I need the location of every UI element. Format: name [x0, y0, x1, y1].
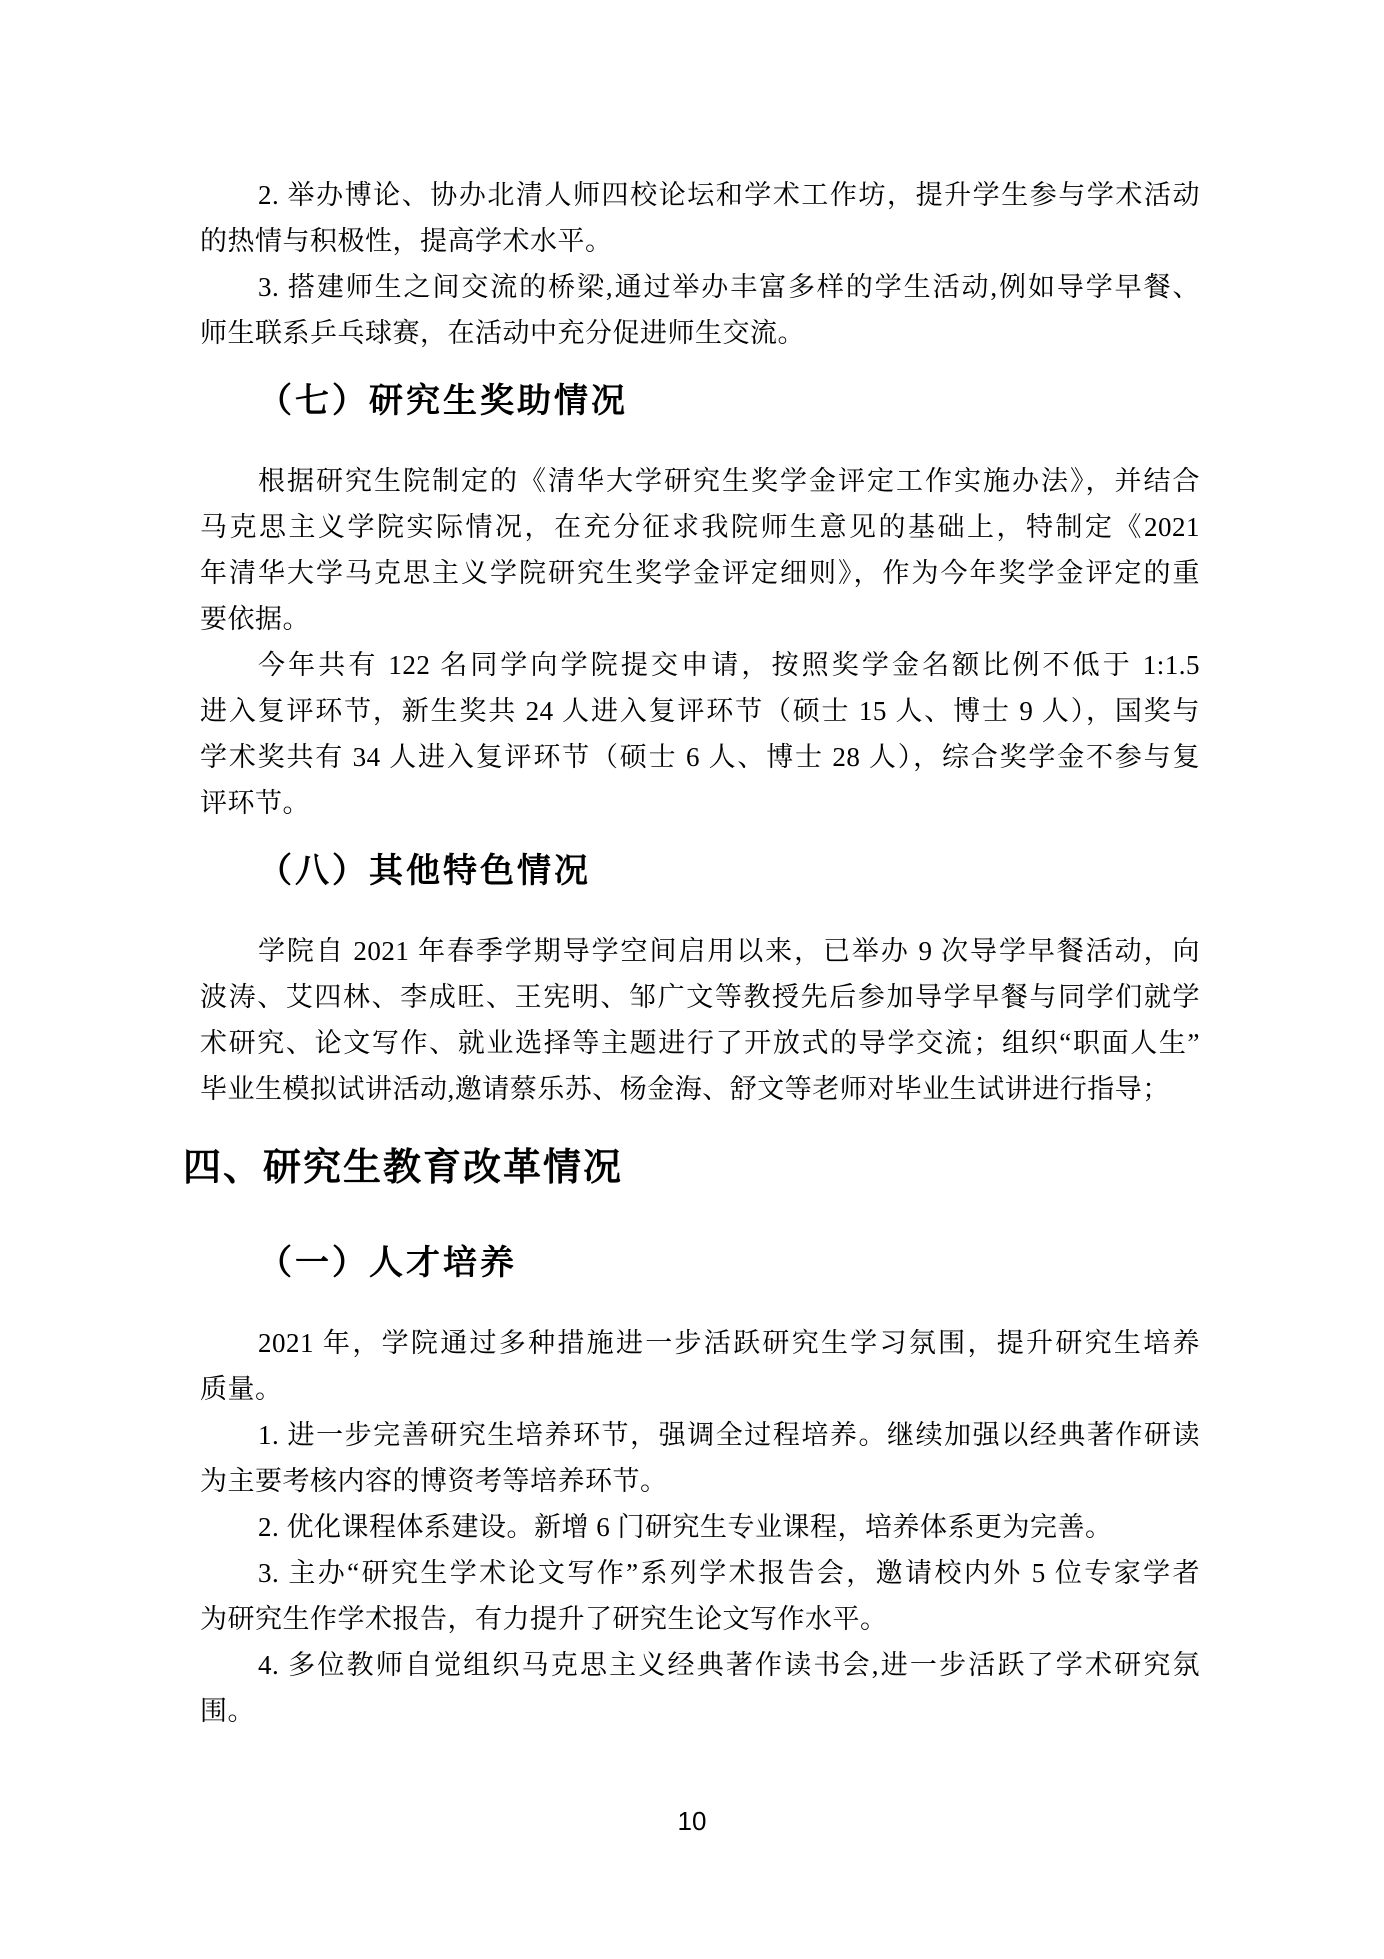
paragraph: 根据研究生院制定的《清华大学研究生奖学金评定工作实施办法》，并结合马克思主义学院… — [200, 458, 1200, 642]
text-line: 2. 优化课程体系建设。新增 6 门研究生专业课程，培养体系更为完善。 — [200, 1504, 1200, 1550]
paragraph: 3. 搭建师生之间交流的桥梁,通过举办丰富多样的学生活动,例如导学早餐、师生联系… — [200, 264, 1200, 356]
text-line: 2021 年，学院通过多种措施进一步活跃研究生学习氛围，提升研究生培养 — [200, 1320, 1200, 1366]
text-line: 为主要考核内容的博资考等培养环节。 — [200, 1458, 1200, 1504]
paragraph: 学院自 2021 年春季学期导学空间启用以来，已举办 9 次导学早餐活动，向波涛… — [200, 928, 1200, 1112]
section-heading: （一）人才培养 — [200, 1238, 1200, 1288]
text-line: 4. 多位教师自觉组织马克思主义经典著作读书会,进一步活跃了学术研究氛 — [200, 1642, 1200, 1688]
text-line: 师生联系乒乓球赛，在活动中充分促进师生交流。 — [200, 310, 1200, 356]
text-line: 3. 搭建师生之间交流的桥梁,通过举办丰富多样的学生活动,例如导学早餐、 — [200, 264, 1200, 310]
text-line: 学术奖共有 34 人进入复评环节（硕士 6 人、博士 28 人），综合奖学金不参… — [200, 734, 1200, 780]
page-footer: 10 — [0, 1806, 1384, 1837]
page-number: 10 — [678, 1806, 707, 1836]
text-line: 的热情与积极性，提高学术水平。 — [200, 218, 1200, 264]
text-line: 1. 进一步完善研究生培养环节，强调全过程培养。继续加强以经典著作研读 — [200, 1412, 1200, 1458]
text-line: 为研究生作学术报告，有力提升了研究生论文写作水平。 — [200, 1596, 1200, 1642]
text-line: 进入复评环节，新生奖共 24 人进入复评环节（硕士 15 人、博士 9 人），国… — [200, 688, 1200, 734]
paragraph: 2. 举办博论、协办北清人师四校论坛和学术工作坊，提升学生参与学术活动的热情与积… — [200, 172, 1200, 264]
paragraph: 1. 进一步完善研究生培养环节，强调全过程培养。继续加强以经典著作研读为主要考核… — [200, 1412, 1200, 1504]
text-line: 要依据。 — [200, 596, 1200, 642]
paragraph: 3. 主办“研究生学术论文写作”系列学术报告会，邀请校内外 5 位专家学者为研究… — [200, 1550, 1200, 1642]
text-line: 年清华大学马克思主义学院研究生奖学金评定细则》，作为今年奖学金评定的重 — [200, 550, 1200, 596]
text-line: 3. 主办“研究生学术论文写作”系列学术报告会，邀请校内外 5 位专家学者 — [200, 1550, 1200, 1596]
text-line: 术研究、论文写作、就业选择等主题进行了开放式的导学交流；组织“职面人生” — [200, 1020, 1200, 1066]
text-line: 围。 — [200, 1688, 1200, 1734]
document-content: 2. 举办博论、协办北清人师四校论坛和学术工作坊，提升学生参与学术活动的热情与积… — [200, 172, 1200, 1734]
paragraph: 4. 多位教师自觉组织马克思主义经典著作读书会,进一步活跃了学术研究氛围。 — [200, 1642, 1200, 1734]
chapter-heading: 四、研究生教育改革情况 — [183, 1140, 1200, 1196]
text-line: 学院自 2021 年春季学期导学空间启用以来，已举办 9 次导学早餐活动，向 — [200, 928, 1200, 974]
paragraph: 2. 优化课程体系建设。新增 6 门研究生专业课程，培养体系更为完善。 — [200, 1504, 1200, 1550]
text-line: 马克思主义学院实际情况，在充分征求我院师生意见的基础上，特制定《2021 — [200, 504, 1200, 550]
section-heading: （八）其他特色情况 — [200, 846, 1200, 896]
section-heading: （七）研究生奖助情况 — [200, 376, 1200, 426]
text-line: 波涛、艾四林、李成旺、王宪明、邹广文等教授先后参加导学早餐与同学们就学 — [200, 974, 1200, 1020]
text-line: 今年共有 122 名同学向学院提交申请，按照奖学金名额比例不低于 1:1.5 — [200, 642, 1200, 688]
text-line: 评环节。 — [200, 780, 1200, 826]
paragraph: 2021 年，学院通过多种措施进一步活跃研究生学习氛围，提升研究生培养质量。 — [200, 1320, 1200, 1412]
text-line: 2. 举办博论、协办北清人师四校论坛和学术工作坊，提升学生参与学术活动 — [200, 172, 1200, 218]
document-page: 2. 举办博论、协办北清人师四校论坛和学术工作坊，提升学生参与学术活动的热情与积… — [0, 0, 1384, 1959]
text-line: 质量。 — [200, 1366, 1200, 1412]
text-line: 根据研究生院制定的《清华大学研究生奖学金评定工作实施办法》，并结合 — [200, 458, 1200, 504]
text-line: 毕业生模拟试讲活动,邀请蔡乐苏、杨金海、舒文等老师对毕业生试讲进行指导； — [200, 1066, 1200, 1112]
paragraph: 今年共有 122 名同学向学院提交申请，按照奖学金名额比例不低于 1:1.5进入… — [200, 642, 1200, 826]
